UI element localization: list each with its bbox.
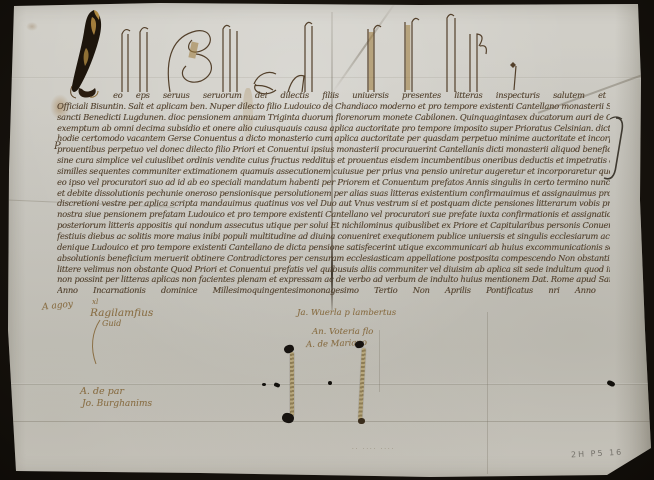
manuscript-text-line: hodie certomodo vacantem Gerse Conuentus… <box>57 133 610 144</box>
plica-fold-line <box>0 421 654 422</box>
manuscript-text-line: posteriorum litteris appositis qui nondu… <box>57 220 610 231</box>
manuscript-photo: eo eps seruus seruorum dei dilectis fili… <box>0 0 654 480</box>
manuscript-text-line: eo eps seruus seruorum dei dilectis fili… <box>57 90 610 101</box>
seal-cord <box>290 352 294 416</box>
j-pen-mark-icon <box>598 114 630 190</box>
manuscript-text-line: littere velimus non obstante Quod Priori… <box>57 264 610 275</box>
fold-hole <box>273 382 280 388</box>
manuscript-text-line: nostra siue pensionem prefatam Ludouico … <box>57 209 610 220</box>
horizontal-fold-crease <box>0 383 654 385</box>
manuscript-text-line: denique Ludouico et pro tempore existent… <box>57 242 610 253</box>
fold-hole <box>262 383 266 386</box>
manuscript-text-line: eo ipso vel procuratori suo ad id ab eo … <box>57 177 610 188</box>
flourish-icon <box>88 318 110 370</box>
right-margin-pen-mark <box>598 114 630 190</box>
vertical-crease <box>379 330 380 392</box>
chancery-scribble: A agoy <box>42 299 74 312</box>
tiny-plica-notes: ·· ···· ···· <box>352 446 395 452</box>
center-signature-2: An. Voteria flo <box>312 327 373 337</box>
manuscript-text-line: et debite dissolutionis pechunie oneroso… <box>57 188 610 199</box>
manuscript-text-line: absolutionis beneficium meruerit obtiner… <box>57 253 610 264</box>
stain <box>26 22 38 31</box>
seal-cord <box>358 348 366 420</box>
body-text: eo eps seruus seruorum dei dilectis fili… <box>57 90 610 298</box>
lower-left-signature: A. de par <box>80 386 124 397</box>
manuscript-text-line: sine cura simplice vel cuiuslibet ordini… <box>57 155 610 166</box>
archive-reference: 2H P5 16 <box>571 448 624 460</box>
vertical-crease <box>487 312 488 474</box>
manuscript-text-line: exemptum ab omni decima subsidio et oner… <box>57 123 610 134</box>
elongated-letters-line <box>104 4 524 96</box>
signature-flourish <box>88 318 110 370</box>
edge-stain <box>0 404 12 415</box>
manuscript-text-line: similles sequentes communiter extimation… <box>57 166 610 177</box>
manuscript-text-line: prouentibus perpetuo vel donec dilecto f… <box>57 144 610 155</box>
parchment-sheet: eo eps seruus seruorum dei dilectis fili… <box>0 0 654 480</box>
manuscript-text-line: sancti Benedicti Lugdunen. dioc pensione… <box>57 112 610 123</box>
manuscript-text-line: discretioni vestre per aplica scripta ma… <box>57 198 610 209</box>
cord-hole <box>358 418 365 424</box>
manuscript-text-line: Anno Incarnationis dominice Millesimoqui… <box>57 285 610 296</box>
margin-paragraph-mark: P <box>54 141 61 152</box>
manuscript-text-line: non possint per litteras aplicas non fac… <box>57 274 610 285</box>
fold-hole <box>606 380 615 388</box>
calligraphic-ascenders-icon <box>104 4 524 96</box>
manuscript-text-line: Officiali Bisuntin. Salt et aplicam ben.… <box>57 101 610 112</box>
center-signature: Ja. Wuerla p lambertus <box>297 308 396 318</box>
lower-left-signature-2: Jo. Burghanims <box>82 399 152 409</box>
fold-hole <box>328 381 332 385</box>
manuscript-text-line: festiuis diebus ac solitis more maius in… <box>57 231 610 242</box>
tax-mark: xl <box>92 298 98 306</box>
